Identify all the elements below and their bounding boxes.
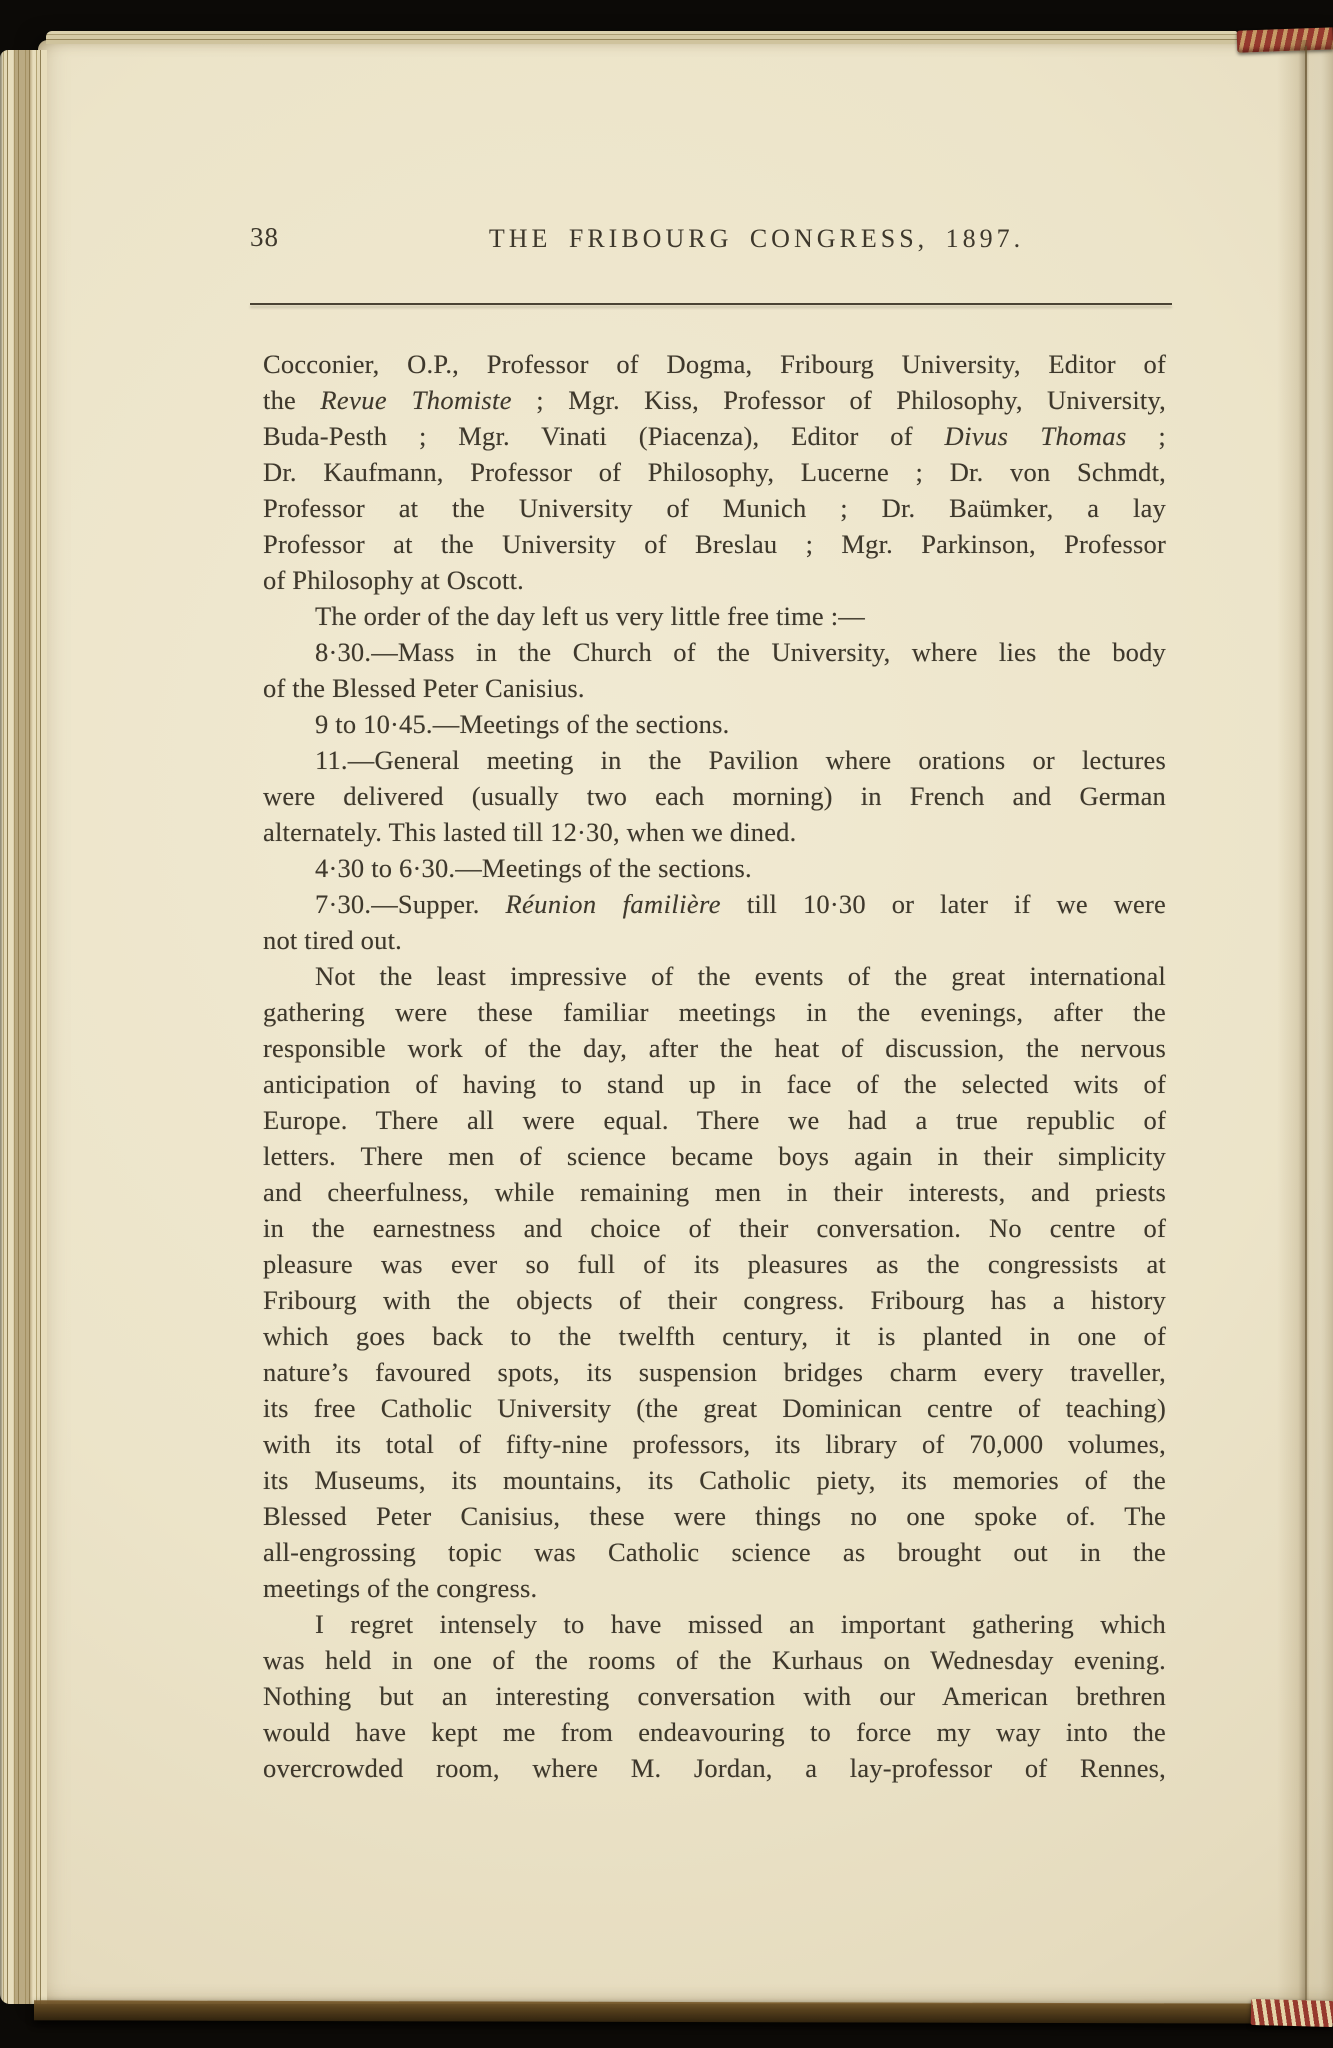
- gutter-crease: [1305, 46, 1307, 2000]
- text-line: responsible work of the day, after the h…: [263, 1030, 1166, 1066]
- paragraph: The order of the day left us very little…: [263, 598, 1166, 634]
- text-line: Nothing but an interesting conversation …: [263, 1678, 1166, 1714]
- text-line: 4·30 to 6·30.—Meetings of the sections.: [263, 850, 1166, 886]
- text-line: not tired out.: [263, 922, 1166, 958]
- text-line: 7·30.—Supper. Réunion familière till 10·…: [263, 886, 1166, 922]
- page-fore-edge: [0, 50, 47, 2004]
- paragraph: 7·30.—Supper. Réunion familière till 10·…: [263, 886, 1166, 958]
- text-line: in the earnestness and choice of their c…: [263, 1210, 1166, 1246]
- bottom-cover-edge: [34, 2000, 1333, 2023]
- text-line: were delivered (usually two each morning…: [263, 778, 1166, 814]
- text-line: would have kept me from endeavouring to …: [263, 1714, 1166, 1750]
- text-line: nature’s favoured spots, its suspension …: [263, 1354, 1166, 1390]
- text-line: alternately. This lasted till 12·30, whe…: [263, 814, 1166, 850]
- text-line: Not the least impressive of the events o…: [263, 958, 1166, 994]
- running-title: THE FRIBOURG CONGRESS, 1897.: [305, 224, 1208, 254]
- text-line: which goes back to the twelfth century, …: [263, 1318, 1166, 1354]
- paragraph: 4·30 to 6·30.—Meetings of the sections.: [263, 850, 1166, 886]
- page-number: 38: [250, 222, 279, 253]
- paragraph: Not the least impressive of the events o…: [263, 958, 1166, 1606]
- paragraph: 8·30.—Mass in the Church of the Universi…: [263, 634, 1166, 706]
- text-line: of the Blessed Peter Canisius.: [263, 670, 1166, 706]
- text-line: Cocconier, O.P., Professor of Dogma, Fri…: [263, 346, 1166, 382]
- text-line: Professor at the University of Munich ; …: [263, 490, 1166, 526]
- text-line: Blessed Peter Canisius, these were thing…: [263, 1498, 1166, 1534]
- text-line: meetings of the congress.: [263, 1570, 1166, 1606]
- text-line: Buda-Pesth ; Mgr. Vinati (Piacenza), Edi…: [263, 418, 1166, 454]
- text-line: anticipation of having to stand up in fa…: [263, 1066, 1166, 1102]
- paragraph: I regret intensely to have missed an imp…: [263, 1606, 1166, 1786]
- paragraph: Cocconier, O.P., Professor of Dogma, Fri…: [263, 346, 1166, 598]
- page-body: Cocconier, O.P., Professor of Dogma, Fri…: [263, 346, 1166, 1786]
- text-line: 9 to 10·45.—Meetings of the sections.: [263, 706, 1166, 742]
- text-line: 11.—General meeting in the Pavilion wher…: [263, 742, 1166, 778]
- text-line: all-engrossing topic was Catholic scienc…: [263, 1534, 1166, 1570]
- text-line: its free Catholic University (the great …: [263, 1390, 1166, 1426]
- text-line: overcrowded room, where M. Jordan, a lay…: [263, 1750, 1166, 1786]
- text-line: Europe. There all were equal. There we h…: [263, 1102, 1166, 1138]
- bottom-headband: [1251, 1999, 1333, 2027]
- text-line: with its total of fifty-nine professors,…: [263, 1426, 1166, 1462]
- text-line: of Philosophy at Oscott.: [263, 562, 1166, 598]
- paragraph: 9 to 10·45.—Meetings of the sections.: [263, 706, 1166, 742]
- text-line: I regret intensely to have missed an imp…: [263, 1606, 1166, 1642]
- text-line: its Museums, its mountains, its Catholic…: [263, 1462, 1166, 1498]
- text-line: gathering were these familiar meetings i…: [263, 994, 1166, 1030]
- text-line: Fribourg with the objects of their congr…: [263, 1282, 1166, 1318]
- paragraph: 11.—General meeting in the Pavilion wher…: [263, 742, 1166, 850]
- text-line: Dr. Kaufmann, Professor of Philosophy, L…: [263, 454, 1166, 490]
- scanned-book-photo: 38 THE FRIBOURG CONGRESS, 1897. Cocconie…: [0, 0, 1333, 2048]
- page-top-edge: [46, 31, 1237, 44]
- text-line: letters. There men of science became boy…: [263, 1138, 1166, 1174]
- text-line: 8·30.—Mass in the Church of the Universi…: [263, 634, 1166, 670]
- text-line: the Revue Thomiste ; Mgr. Kiss, Professo…: [263, 382, 1166, 418]
- text-line: was held in one of the rooms of the Kurh…: [263, 1642, 1166, 1678]
- header-rule: [250, 303, 1172, 305]
- text-line: Professor at the University of Breslau ;…: [263, 526, 1166, 562]
- text-line: The order of the day left us very little…: [263, 598, 1166, 634]
- text-line: and cheerfulness, while remaining men in…: [263, 1174, 1166, 1210]
- text-line: pleasure was ever so full of its pleasur…: [263, 1246, 1166, 1282]
